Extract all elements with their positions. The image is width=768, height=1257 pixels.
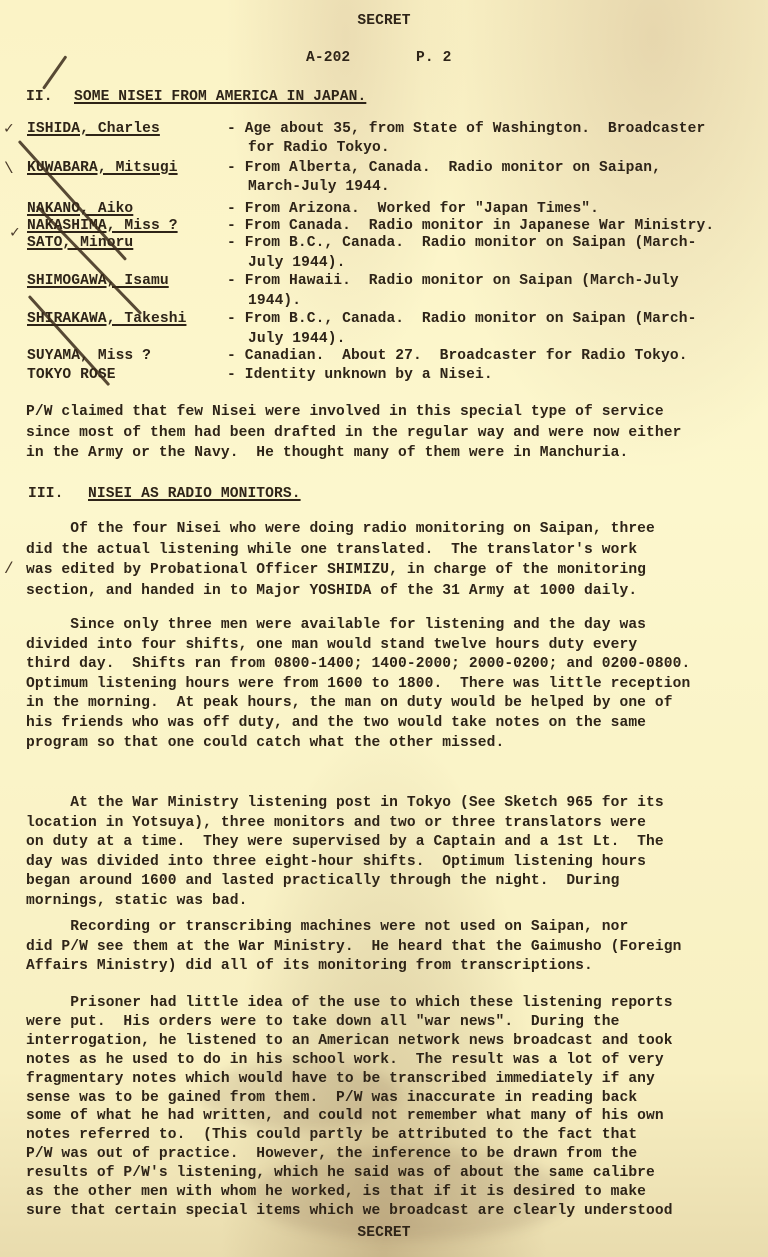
paragraph-line: P/W was out of practice. However, the in… (26, 1147, 637, 1162)
person-description: for Radio Tokyo. (248, 141, 390, 156)
paragraph-line: Recording or transcribing machines were … (26, 920, 628, 935)
paragraph-line: At the War Ministry listening post in To… (26, 796, 664, 811)
person-description: - From B.C., Canada. Radio monitor on Sa… (227, 236, 696, 251)
paragraph-line: Optimum listening hours were from 1600 t… (26, 677, 690, 692)
pen-stroke-mark (42, 55, 67, 89)
person-description: - From Canada. Radio monitor in Japanese… (227, 219, 714, 234)
section-iii-title: NISEI AS RADIO MONITORS. (88, 487, 301, 502)
section-ii-title: SOME NISEI FROM AMERICA IN JAPAN. (74, 90, 366, 105)
paragraph-line: his friends who was off duty, and the tw… (26, 716, 646, 731)
paragraph-line: began around 1600 and lasted practically… (26, 874, 619, 889)
paragraph-line: in the morning. At peak hours, the man o… (26, 696, 673, 711)
check-mark-icon: ✓ (10, 222, 20, 242)
paragraph-line: in the Army or the Navy. He thought many… (26, 446, 628, 461)
person-description: - From Alberta, Canada. Radio monitor on… (227, 161, 661, 176)
paragraph-line: sure that certain special items which we… (26, 1204, 673, 1219)
person-description: July 1944). (248, 332, 345, 347)
paragraph-line: P/W claimed that few Nisei were involved… (26, 405, 664, 420)
document-page: SECRET A-202 P. 2 II. SOME NISEI FROM AM… (0, 0, 768, 1257)
paragraph-line: location in Yotsuya), three monitors and… (26, 816, 646, 831)
margin-mark-icon: / (4, 560, 14, 578)
person-description: - Age about 35, from State of Washington… (227, 122, 705, 137)
paragraph-line: Affairs Ministry) did all of its monitor… (26, 959, 593, 974)
paragraph-line: Since only three men were available for … (26, 618, 646, 633)
paragraph-line: was edited by Probational Officer SHIMIZ… (26, 563, 646, 578)
paragraph-line: did P/W see them at the War Ministry. He… (26, 940, 681, 955)
person-description: - From B.C., Canada. Radio monitor on Sa… (227, 312, 696, 327)
paragraph-line: were put. His orders were to take down a… (26, 1015, 619, 1030)
paragraph-line: day was divided into three eight-hour sh… (26, 855, 646, 870)
paragraph-line: sense was to be gained from them. P/W wa… (26, 1091, 637, 1106)
paragraph-line: section, and handed in to Major YOSHIDA … (26, 584, 637, 599)
person-description: - From Hawaii. Radio monitor on Saipan (… (227, 274, 679, 289)
page-number: P. 2 (416, 51, 451, 66)
paragraph-line: interrogation, he listened to an America… (26, 1034, 673, 1049)
paragraph-line: notes referred to. (This could partly be… (26, 1128, 637, 1143)
paragraph-line: did the actual listening while one trans… (26, 543, 637, 558)
person-description: - From Arizona. Worked for "Japan Times"… (227, 202, 599, 217)
paragraph-line: as the other men with whom he worked, is… (26, 1185, 646, 1200)
paragraph-line: divided into four shifts, one man would … (26, 638, 637, 653)
paragraph-line: mornings, static was bad. (26, 894, 247, 909)
check-mark-icon: ✓ (4, 118, 14, 138)
paragraph-line: on duty at a time. They were supervised … (26, 835, 664, 850)
person-description: 1944). (248, 294, 301, 309)
section-ii-number: II. (26, 90, 53, 105)
paragraph-line: results of P/W's listening, which he sai… (26, 1166, 655, 1181)
person-description: - Canadian. About 27. Broadcaster for Ra… (227, 349, 688, 364)
classification-top: SECRET (0, 14, 768, 29)
check-mark-icon: \ (4, 160, 14, 178)
person-name: ISHIDA, Charles (27, 122, 160, 137)
paragraph-line: notes as he used to do in his school wor… (26, 1053, 664, 1068)
paragraph-line: fragmentary notes which would have to be… (26, 1072, 655, 1087)
paragraph-line: third day. Shifts ran from 0800-1400; 14… (26, 657, 690, 672)
paragraph-line: Prisoner had little idea of the use to w… (26, 996, 673, 1011)
paragraph-line: since most of them had been drafted in t… (26, 426, 681, 441)
document-number: A-202 (306, 51, 350, 66)
classification-bottom: SECRET (0, 1226, 768, 1241)
section-iii-number: III. (28, 487, 63, 502)
paragraph-line: some of what he had written, and could n… (26, 1109, 664, 1124)
person-description: March-July 1944. (248, 180, 390, 195)
paragraph-line: Of the four Nisei who were doing radio m… (26, 522, 655, 537)
person-description: July 1944). (248, 256, 345, 271)
person-description: - Identity unknown by a Nisei. (227, 368, 493, 383)
paragraph-line: program so that one could catch what the… (26, 736, 504, 751)
person-name: SHIMOGAWA, Isamu (27, 274, 169, 289)
